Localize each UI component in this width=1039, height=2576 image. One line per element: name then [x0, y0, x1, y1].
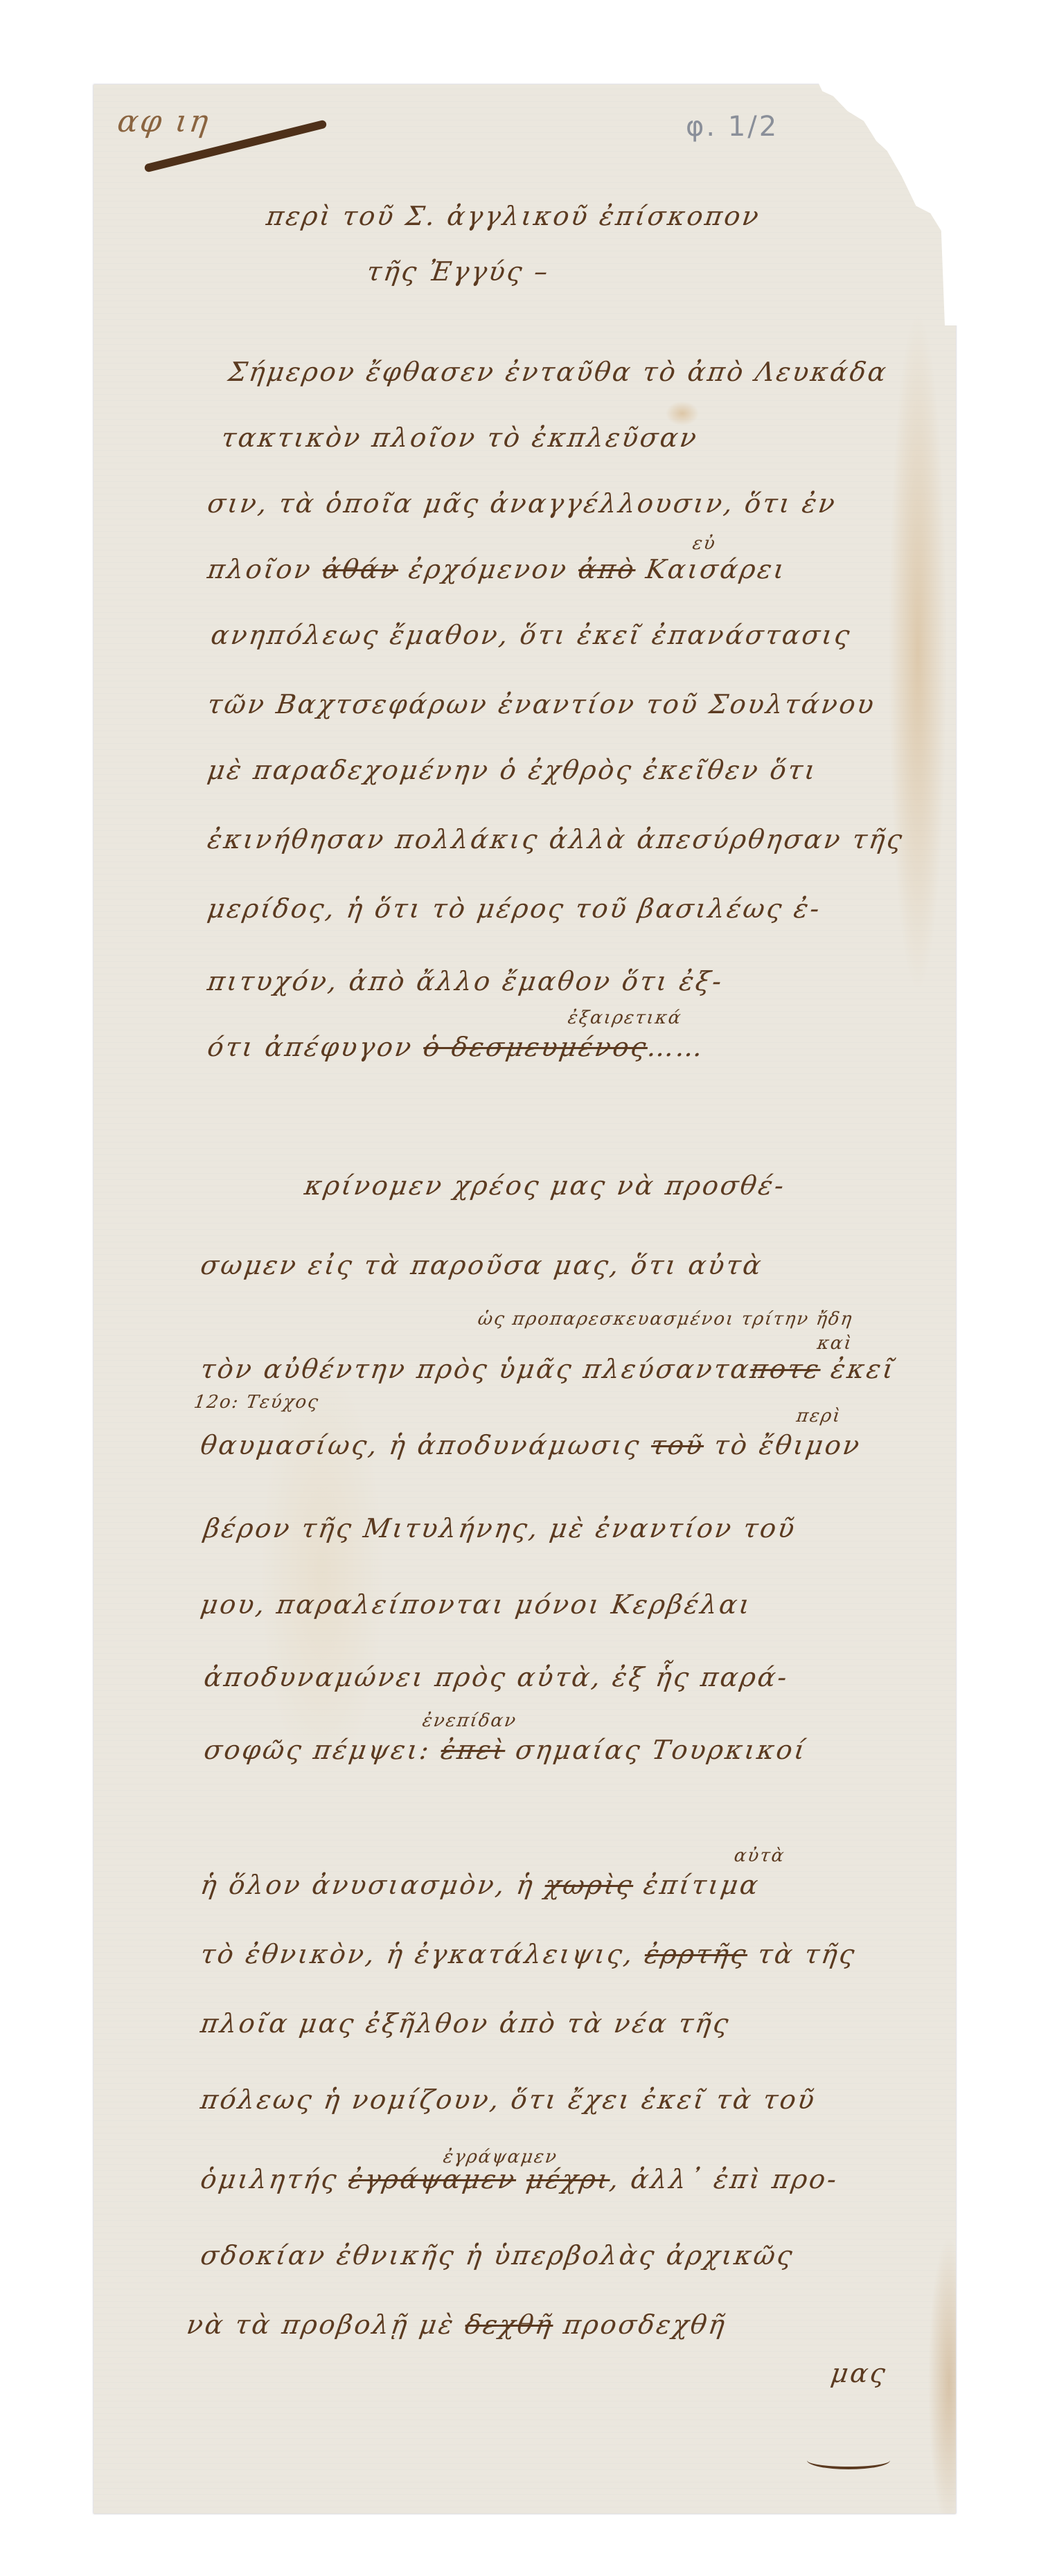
struck-word: ἀπὸ: [576, 554, 638, 584]
text-line-21: τὸ ἐθνικὸν, ἡ ἐγκατάλειψις, ἐρρτῆς τὰ τῆ…: [199, 1939, 858, 1969]
text-line-1: Σήμερον ἔφθασεν ἐνταῦθα τὸ ἀπὸ Λευκάδα: [227, 357, 890, 387]
text-line-16: βέρον τῆς Μιτυλήνης, μὲ ἐναντίον τοῦ: [202, 1513, 799, 1544]
struck-word: χωρὶς: [543, 1870, 636, 1900]
heading-line-2: τῆς Ἐγγύς –: [365, 256, 552, 287]
interlinear-insert: αὐτὰ: [733, 1845, 787, 1866]
text-line-4: πλοῖον ἀθάν ἐρχόμενον ἀπὸ Καισάρει: [206, 554, 788, 584]
struck-word: τοῦ: [649, 1430, 706, 1460]
text-line-7: μὲ παραδεχομένην ὁ ἐχθρὸς ἐκεῖθεν ὅτι: [206, 755, 819, 785]
heading-line-1: περὶ τοῦ Σ. ἀγγλικοῦ ἐπίσκοπον: [265, 201, 763, 231]
text-line-12: κρίνομεν χρέος μας νὰ προσθέ-: [303, 1170, 788, 1201]
text-line-3: σιν, τὰ ὁποῖα μᾶς ἀναγγέλλουσιν, ὅτι ἐν: [206, 488, 839, 519]
interlinear-insert: ὡς προπαρεσκευασμένοι τρίτην ἤδη: [477, 1309, 854, 1330]
text-line-8: ἐκινήθησαν πολλάκις ἀλλὰ ἀπεσύρθησαν τῆς: [206, 824, 906, 855]
text-line-26: νὰ τὰ προβολῇ μὲ δεχθῆ προσδεχθῆ: [185, 2309, 729, 2340]
text-line-25: σδοκίαν ἐθνικῆς ἡ ὑπερβολὰς ἀρχικῶς: [199, 2240, 797, 2271]
interlinear-insert: καὶ: [816, 1333, 854, 1354]
closing-word: μας: [829, 2358, 889, 2388]
struck-word: ἐπεὶ: [439, 1735, 508, 1765]
struck-word: ἐγράψαμεν: [346, 2164, 518, 2194]
interlinear-insert: ἐξαιρετικά: [567, 1008, 684, 1028]
text-line-10: πιτυχόν, ἀπὸ ἄλλο ἔμαθον ὅτι ἐξ-: [206, 966, 725, 996]
text-line-13: σωμεν εἰς τὰ παροῦσα μας, ὅτι αὐτὰ: [199, 1250, 765, 1280]
text-line-2: τακτικὸν πλοῖον τὸ ἐκπλεῦσαν: [220, 422, 700, 453]
struck-word: ἐρρτῆς: [643, 1939, 749, 1969]
text-line-19: σοφῶς πέμψει: ἐπεὶ σημαίας Τουρκικοί: [202, 1735, 809, 1765]
margin-note: 12ο: Τεύχος: [193, 1392, 321, 1413]
text-line-23: πόλεως ἡ νομίζουν, ὅτι ἔχει ἐκεῖ τὰ τοῦ: [199, 2084, 818, 2115]
struck-word: ὁ δεσμευμένος: [421, 1032, 650, 1062]
text-line-20: ἡ ὅλον ἀνυσιασμὸν, ἡ χωρὶς ἐπίτιμα: [199, 1870, 762, 1900]
text-line-22: πλοῖα μας ἐξῆλθον ἀπὸ τὰ νέα τῆς: [199, 2008, 732, 2039]
pencil-folio-note: φ. 1/2: [686, 111, 779, 143]
struck-word: ἀθάν: [321, 554, 400, 584]
folio-mark: αφ ιη: [115, 104, 212, 139]
text-line-11: ότι ἀπέφυγον ὁ δεσμευμένος……: [206, 1032, 707, 1062]
text-line-17: μου, παραλείπονται μόνοι Κερβέλαι: [199, 1589, 754, 1620]
text-line-9: μερίδος, ἡ ὅτι τὸ μέρος τοῦ βασιλέως ἐ-: [206, 893, 824, 924]
text-line-14: τὸν αὐθέντην πρὸς ὑμᾶς πλεύσανταποτε ἐκε…: [199, 1354, 898, 1384]
text-line-15: θαυμασίως, ἡ ἀποδυνάμωσις τοῦ τὸ ἔθιμον: [199, 1430, 863, 1460]
text-line-24: ὁμιλητής ἐγράψαμεν μέχρι, ἀλλ᾽ ἐπὶ προ-: [199, 2164, 840, 2194]
text-line-5: ανηπόλεως ἔμαθον, ὅτι ἐκεῖ ἐπανάστασις: [209, 620, 853, 650]
struck-word: δεχθῆ: [463, 2309, 556, 2340]
struck-word: ποτε: [748, 1354, 822, 1384]
struck-word: μέχρι: [524, 2164, 612, 2194]
interlinear-insert: ἐνεπίδαν: [421, 1710, 518, 1731]
text-line-18: ἀποδυναμώνει πρὸς αὐτὰ, ἐξ ἧς παρά-: [202, 1662, 791, 1692]
text-line-6: τῶν Βαχτσεφάρων ἐναντίον τοῦ Σουλτάνου: [206, 689, 878, 719]
closing-flourish: [807, 2451, 890, 2469]
interlinear-insert: εὐ: [691, 533, 718, 554]
interlinear-insert: περὶ: [795, 1406, 843, 1426]
